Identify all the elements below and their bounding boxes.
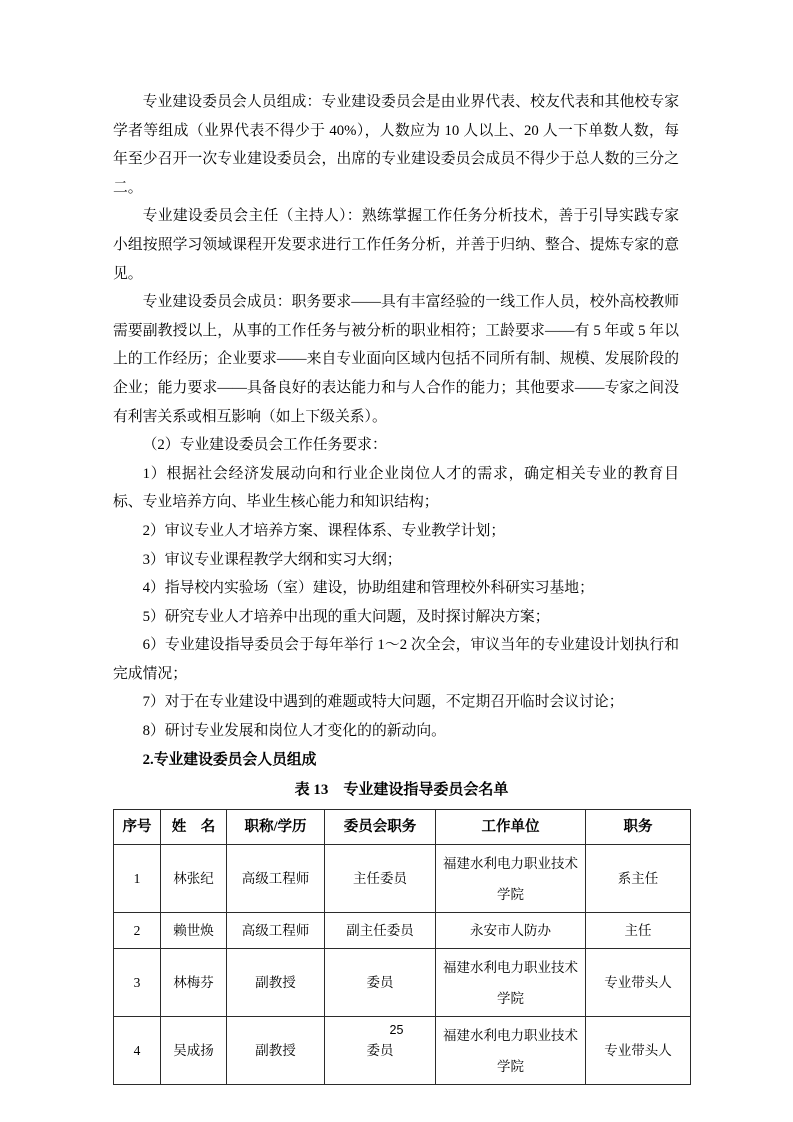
table-cell: 专业带头人	[586, 949, 691, 1017]
table-header-cell: 序号	[114, 810, 161, 845]
table-row: 2 赖世焕 高级工程师 副主任委员 永安市人防办 主任	[114, 913, 691, 949]
table-cell: 永安市人防办	[436, 913, 586, 949]
table-cell: 林张纪	[161, 845, 227, 913]
table-cell: 主任	[586, 913, 691, 949]
table-cell: 林梅芬	[161, 949, 227, 1017]
table-header-cell: 委员会职务	[325, 810, 436, 845]
table-cell: 2	[114, 913, 161, 949]
table-cell: 高级工程师	[227, 845, 325, 913]
table-cell: 高级工程师	[227, 913, 325, 949]
page-content: 专业建设委员会人员组成：专业建设委员会是由业界代表、校友代表和其他校专家学者等组…	[113, 88, 679, 1085]
table-cell: 3	[114, 949, 161, 1017]
list-item-3: 3）审议专业课程教学大纲和实习大纲；	[113, 546, 679, 575]
table-cell: 福建水利电力职业技术学院	[436, 845, 586, 913]
paragraph: 专业建设委员会主任（主持人）：熟练掌握工作任务分析技术，善于引导实践专家小组按照…	[113, 202, 679, 288]
committee-table: 序号 姓 名 职称/学历 委员会职务 工作单位 职务 1 林张纪 高级工程师 主…	[113, 809, 691, 1085]
table-row: 1 林张纪 高级工程师 主任委员 福建水利电力职业技术学院 系主任	[114, 845, 691, 913]
table-row: 3 林梅芬 副教授 委员 福建水利电力职业技术学院 专业带头人	[114, 949, 691, 1017]
list-item-8: 8）研讨专业发展和岗位人才变化的的新动向。	[113, 717, 679, 746]
paragraph: 专业建设委员会人员组成：专业建设委员会是由业界代表、校友代表和其他校专家学者等组…	[113, 88, 679, 202]
list-item-7: 7）对于在专业建设中遇到的难题或特大问题，不定期召开临时会议讨论；	[113, 688, 679, 717]
page-number: 25	[0, 1023, 793, 1037]
table-cell: 系主任	[586, 845, 691, 913]
paragraph: （2）专业建设委员会工作任务要求：	[113, 431, 679, 460]
table-header-cell: 职务	[586, 810, 691, 845]
table-cell: 赖世焕	[161, 913, 227, 949]
list-item-4: 4）指导校内实验场（室）建设，协助组建和管理校外科研实习基地；	[113, 574, 679, 603]
list-item-2: 2）审议专业人才培养方案、课程体系、专业教学计划；	[113, 517, 679, 546]
table-header-cell: 职称/学历	[227, 810, 325, 845]
table-cell: 副主任委员	[325, 913, 436, 949]
document-page: 专业建设委员会人员组成：专业建设委员会是由业界代表、校友代表和其他校专家学者等组…	[0, 0, 793, 1122]
table-cell: 福建水利电力职业技术学院	[436, 949, 586, 1017]
table-caption: 表 13 专业建设指导委员会名单	[113, 779, 690, 801]
table-header-cell: 工作单位	[436, 810, 586, 845]
table-cell: 副教授	[227, 949, 325, 1017]
table-cell: 主任委员	[325, 845, 436, 913]
paragraph: 专业建设委员会成员：职务要求——具有丰富经验的一线工作人员，校外高校教师需要副教…	[113, 288, 679, 431]
table-header-row: 序号 姓 名 职称/学历 委员会职务 工作单位 职务	[114, 810, 691, 845]
table-cell: 1	[114, 845, 161, 913]
section-heading: 2.专业建设委员会人员组成	[113, 746, 679, 775]
list-item-5: 5）研究专业人才培养中出现的重大问题，及时探讨解决方案；	[113, 603, 679, 632]
list-item-6: 6）专业建设指导委员会于每年举行 1～2 次全会，审议当年的专业建设计划执行和完…	[113, 631, 679, 688]
list-item-1: 1）根据社会经济发展动向和行业企业岗位人才的需求，确定相关专业的教育目标、专业培…	[113, 460, 679, 517]
table-header-cell: 姓 名	[161, 810, 227, 845]
table-cell: 委员	[325, 949, 436, 1017]
